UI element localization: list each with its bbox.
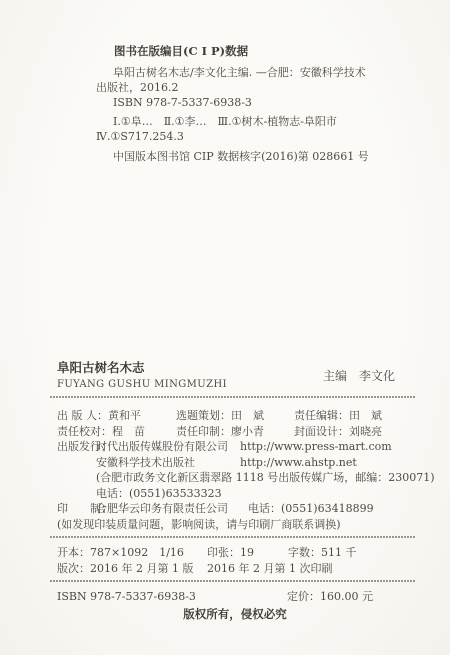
cip-record-number: 中国版本图书馆 CIP 数据核字(2016)第 028661 号 [113, 149, 416, 164]
publisher-url-2: http://www.ahstp.net [240, 455, 357, 470]
copyright-page: 图书在版编目(C I P)数据 阜阳古树名木志/李文化主编. —合肥：安徽科学技… [0, 0, 450, 655]
topic-planner: 选题策划：田 斌 [176, 408, 264, 423]
dotted-divider-bottom [50, 580, 415, 582]
cip-entry-line2: 出版社，2016.2 [96, 80, 416, 95]
cip-classification-line1: Ⅰ.①阜… Ⅱ.①李… Ⅲ.①树木-植物志-阜阳市 [113, 114, 416, 129]
proofreader: 责任校对：程 苗 [57, 424, 145, 439]
cip-classification-line2: Ⅳ.①S717.254.3 [96, 129, 416, 144]
chief-editor: 主编 李文化 [323, 369, 395, 384]
publisher-phone-row: 电话：(0551)63533323 [57, 486, 413, 502]
cip-header: 图书在版编目(C I P)数据 [114, 44, 416, 59]
specs-row-1: 开本：787×1092 1/16 印张：19 字数：511 千 [57, 545, 413, 561]
credits-row-1: 出 版 人：黄和平 选题策划：田 斌 责任编辑：田 斌 [57, 408, 413, 424]
publisher-url-1: http://www.press-mart.com [240, 439, 392, 454]
printer-name: 合肥华云印务有限责任公司 [96, 501, 228, 516]
sheets-spec: 印张：19 [207, 545, 254, 560]
dotted-divider-middle [50, 536, 415, 538]
book-title: 阜阳古树名木志 [57, 360, 227, 375]
colophon-block: 阜阳古树名木志 FUYANG GUSHU MINGMUZHI 主编 李文化 出 … [57, 360, 413, 622]
cip-entry-line1: 阜阳古树名木志/李文化主编. —合肥：安徽科学技术 [113, 65, 416, 80]
printer-phone: 电话：(0551)63418899 [248, 501, 374, 516]
quality-note-row: (如发现印装质量问题，影响阅读，请与印刷厂商联系调换) [57, 517, 413, 533]
footer-isbn: ISBN 978-7-5337-6938-3 [57, 589, 196, 604]
title-group: 阜阳古树名木志 FUYANG GUSHU MINGMUZHI [57, 360, 227, 392]
quality-note: (如发现印装质量问题，影响阅读，请与印刷厂商联系调换) [57, 517, 341, 532]
cover-designer: 封面设计：刘晓亮 [294, 424, 382, 439]
dotted-divider-top [50, 396, 415, 398]
publisher-address-row: (合肥市政务文化新区翡翠路 1118 号出版传媒广场，邮编：230071) [57, 470, 413, 486]
impression-spec: 2016 年 2 月第 1 次印刷 [207, 561, 332, 576]
publisher-row-2: 安徽科学技术出版社 http://www.ahstp.net [57, 455, 413, 471]
specs-row-2: 版次：2016 年 2 月第 1 版 2016 年 2 月第 1 次印刷 [57, 561, 413, 577]
word-count-spec: 字数：511 千 [288, 545, 357, 560]
footer-price: 定价：160.00 元 [287, 589, 373, 604]
cip-isbn: ISBN 978-7-5337-6938-3 [113, 95, 416, 110]
footer-section: ISBN 978-7-5337-6938-3 定价：160.00 元 版权所有，… [57, 589, 413, 622]
print-supervisor: 责任印制：廖小青 [176, 424, 264, 439]
isbn-price-row: ISBN 978-7-5337-6938-3 定价：160.00 元 [57, 589, 413, 605]
book-title-pinyin: FUYANG GUSHU MINGMUZHI [57, 377, 227, 392]
publisher-row-1: 出版发行： 时代出版传媒股份有限公司 http://www.press-mart… [57, 439, 413, 455]
edition-spec: 版次：2016 年 2 月第 1 版 [57, 561, 193, 576]
publisher-phone: 电话：(0551)63533323 [96, 486, 222, 501]
credits-section: 出 版 人：黄和平 选题策划：田 斌 责任编辑：田 斌 责任校对：程 苗 责任印… [57, 408, 413, 532]
publisher-person: 出 版 人：黄和平 [57, 408, 141, 423]
publisher-name-2: 安徽科学技术出版社 [96, 455, 195, 470]
publisher-address: (合肥市政务文化新区翡翠路 1118 号出版传媒广场，邮编：230071) [96, 470, 435, 485]
publisher-name-1: 时代出版传媒股份有限公司 [96, 439, 228, 454]
format-spec: 开本：787×1092 1/16 [57, 545, 184, 560]
title-row: 阜阳古树名木志 FUYANG GUSHU MINGMUZHI 主编 李文化 [57, 360, 413, 392]
responsible-editor: 责任编辑：田 斌 [294, 408, 382, 423]
cip-block: 图书在版编目(C I P)数据 阜阳古树名木志/李文化主编. —合肥：安徽科学技… [96, 44, 416, 164]
credits-row-2: 责任校对：程 苗 责任印制：廖小青 封面设计：刘晓亮 [57, 424, 413, 440]
copyright-notice: 版权所有，侵权必究 [57, 607, 413, 622]
print-specs-section: 开本：787×1092 1/16 印张：19 字数：511 千 版次：2016 … [57, 545, 413, 576]
printer-row: 印 制： 合肥华云印务有限责任公司 电话：(0551)63418899 [57, 501, 413, 517]
